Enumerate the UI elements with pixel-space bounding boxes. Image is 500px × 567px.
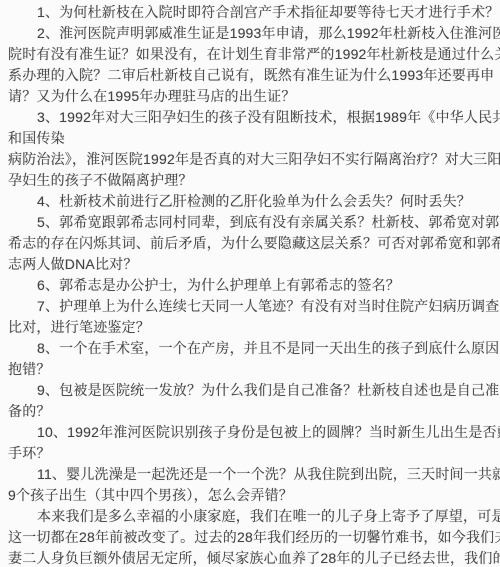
text-line: 这一切都在28年前被改变了。过去的28年我们经历的一切馨竹难书，如今我们夫 (8, 527, 492, 548)
question-list-document: 1、为何杜新枝在入院时即符合剖宫产手术指征却要等待七天才进行手术？2、淮河医院声… (0, 0, 500, 567)
text-line: 系办理的入院？二审后杜新枝自己说有，既然有准生证为什么1993年还要再申 (8, 65, 492, 86)
paragraph: 8、一个在手术室，一个在产房，并且不是同一天出生的孩子到底什么原因抱错？ (8, 338, 492, 380)
text-line: 和国传染 (8, 128, 492, 149)
text-line: 请？又为什么在1995年办理驻马店的出生证？ (8, 86, 492, 107)
paragraph: 6、郭希志是办公护士，为什么护理单上有郭希志的签名？ (8, 275, 492, 296)
text-line: 6、郭希志是办公护士，为什么护理单上有郭希志的签名？ (8, 275, 492, 296)
text-line: 本来我们是多么幸福的小康家庭，我们在唯一的儿子身上寄予了厚望，可是 (8, 506, 492, 527)
paragraph: 10、1992年淮河医院识别孩子身份是包被上的圆牌？当时新生儿出生是否戴手环？ (8, 422, 492, 464)
paragraph: 本来我们是多么幸福的小康家庭，我们在唯一的儿子身上寄予了厚望，可是这一切都在28… (8, 506, 492, 567)
text-line: 5、郭希宽跟郭希志同村同辈，到底有没有亲属关系？杜新枝、郭希宽对郭 (8, 212, 492, 233)
paragraph: 1、为何杜新枝在入院时即符合剖宫产手术指征却要等待七天才进行手术？ (8, 2, 492, 23)
paragraph: 4、杜新枝术前进行乙肝检测的乙肝化验单为什么会丢失？何时丢失？ (8, 191, 492, 212)
paragraph: 9、包被是医院统一发放？为什么我们是自己准备？杜新枝自述也是自己准备的？ (8, 380, 492, 422)
text-line: 8、一个在手术室，一个在产房，并且不是同一天出生的孩子到底什么原因 (8, 338, 492, 359)
text-line: 抱错？ (8, 359, 492, 380)
text-line: 7、护理单上为什么连续七天同一人笔迹？有没有对当时住院产妇病历调查 (8, 296, 492, 317)
paragraph: 2、淮河医院声明郭威准生证是1993年申请，那么1992年杜新枝入住淮河医院时有… (8, 23, 492, 107)
text-line: 11、婴儿洗澡是一起洗还是一个一个洗？从我住院到出院，三天时间一共就 (8, 464, 492, 485)
paragraph: 病防治法》，淮河医院1992年是否真的对大三阳孕妇不实行隔离治疗？对大三阳孕妇生… (8, 149, 492, 191)
paragraph: 5、郭希宽跟郭希志同村同辈，到底有没有亲属关系？杜新枝、郭希宽对郭希志的存在闪烁… (8, 212, 492, 275)
text-line: 10、1992年淮河医院识别孩子身份是包被上的圆牌？当时新生儿出生是否戴 (8, 422, 492, 443)
text-line: 2、淮河医院声明郭威准生证是1993年申请，那么1992年杜新枝入住淮河医 (8, 23, 492, 44)
text-line: 孕妇生的孩子不做隔离护理？ (8, 170, 492, 191)
text-line: 9个孩子出生（其中四个男孩），怎么会弄错？ (8, 485, 492, 506)
paragraph: 3、1992年对大三阳孕妇生的孩子没有阻断技术，根据1989年《中华人民共和国传… (8, 107, 492, 149)
text-line: 手环？ (8, 443, 492, 464)
paragraph: 7、护理单上为什么连续七天同一人笔迹？有没有对当时住院产妇病历调查比对，进行笔迹… (8, 296, 492, 338)
text-line: 备的？ (8, 401, 492, 422)
text-line: 院时有没有准生证？如果没有，在计划生育非常严的1992年杜新枝是通过什么关 (8, 44, 492, 65)
text-line: 3、1992年对大三阳孕妇生的孩子没有阻断技术，根据1989年《中华人民共 (8, 107, 492, 128)
paragraph: 11、婴儿洗澡是一起洗还是一个一个洗？从我住院到出院，三天时间一共就9个孩子出生… (8, 464, 492, 506)
text-line: 4、杜新枝术前进行乙肝检测的乙肝化验单为什么会丢失？何时丢失？ (8, 191, 492, 212)
text-line: 志两人做DNA比对？ (8, 254, 492, 275)
text-line: 妻二人身负巨额外债居无定所，倾尽家族心血养了28年的儿子已经去世，我们的 (8, 548, 492, 567)
text-line: 1、为何杜新枝在入院时即符合剖宫产手术指征却要等待七天才进行手术？ (8, 2, 492, 23)
text-line: 病防治法》，淮河医院1992年是否真的对大三阳孕妇不实行隔离治疗？对大三阳 (8, 149, 492, 170)
text-line: 希志的存在闪烁其词、前后矛盾，为什么要隐藏这层关系？可否对郭希宽和郭希 (8, 233, 492, 254)
text-line: 9、包被是医院统一发放？为什么我们是自己准备？杜新枝自述也是自己准 (8, 380, 492, 401)
text-line: 比对，进行笔迹鉴定？ (8, 317, 492, 338)
